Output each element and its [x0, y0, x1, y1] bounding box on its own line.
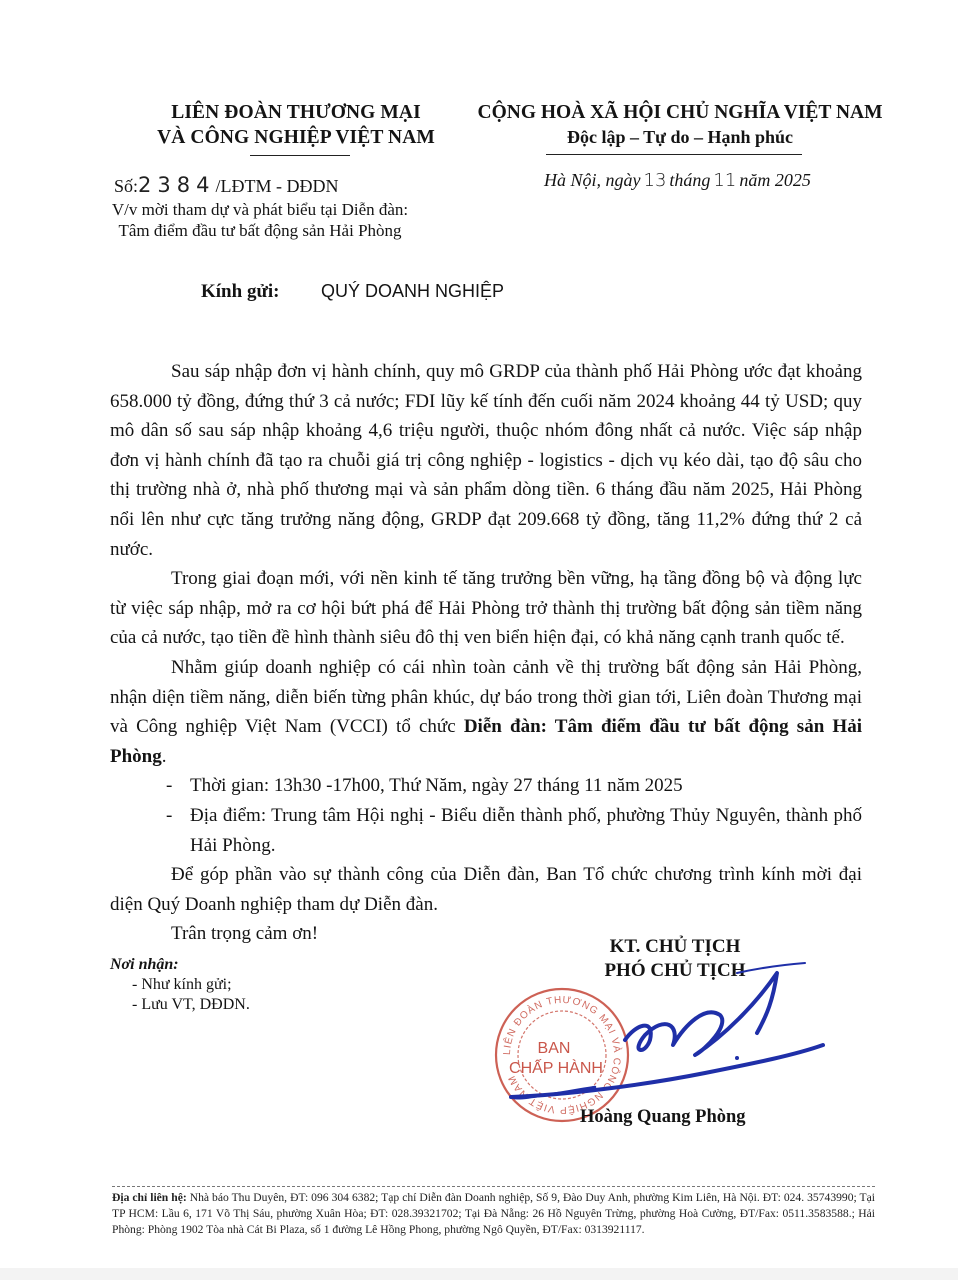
- body-paragraph-2: Trong giai đoạn mới, với nền kinh tế tăn…: [110, 564, 862, 653]
- document-number: Số:2384/LĐTM - DĐDN: [114, 173, 338, 197]
- subject-line1: V/v mời tham dự và phát biểu tại Diễn đà…: [60, 199, 460, 220]
- recipients-block: Nơi nhận: - Như kính gửi; - Lưu VT, DĐDN…: [110, 955, 250, 1015]
- body-paragraph-3: Nhằm giúp doanh nghiệp có cái nhìn toàn …: [110, 653, 862, 771]
- handwritten-signature-icon: [505, 945, 825, 1115]
- org-underline: [250, 155, 350, 156]
- addressee-label: Kính gửi:: [201, 281, 279, 303]
- footer-label: Địa chỉ liên hệ:: [112, 1191, 187, 1204]
- event-location: Địa điểm: Trung tâm Hội nghị - Biểu diễn…: [166, 801, 862, 860]
- date-month-handwritten: 11: [710, 170, 739, 191]
- signer-name: Hoàng Quang Phòng: [580, 1107, 746, 1128]
- body-paragraph-4: Để góp phần vào sự thành công của Diễn đ…: [110, 860, 862, 919]
- page-bottom-edge: [0, 1268, 958, 1280]
- national-motto: Độc lập – Tự do – Hạnh phúc: [460, 125, 900, 149]
- subject-line2: Tâm điểm đầu tư bất động sản Hải Phòng: [60, 220, 460, 241]
- event-time-item: - Thời gian: 13h30 -17h00, Thứ Năm, ngày…: [110, 771, 862, 801]
- date-day-handwritten: 13: [641, 170, 670, 191]
- addressee-recipient: QUÝ DOANH NGHIỆP: [321, 281, 504, 302]
- date-month-label: tháng: [669, 170, 710, 190]
- event-location-item: - Địa điểm: Trung tâm Hội nghị - Biểu di…: [110, 801, 862, 860]
- motto-underline: [546, 154, 802, 155]
- para3-end: .: [162, 746, 167, 767]
- org-name-line2: VÀ CÔNG NGHIỆP VIỆT NAM: [96, 125, 496, 150]
- date-year: năm 2025: [739, 170, 811, 190]
- issuing-organization-header: LIÊN ĐOÀN THƯƠNG MẠI VÀ CÔNG NGHIỆP VIỆT…: [96, 100, 496, 164]
- contact-footer: Địa chỉ liên hệ: Nhà báo Thu Duyên, ĐT: …: [112, 1190, 875, 1238]
- national-header: CỘNG HOÀ XÃ HỘI CHỦ NGHĨA VIỆT NAM Độc l…: [460, 100, 900, 155]
- bullet-dash: -: [166, 771, 172, 801]
- document-subject: V/v mời tham dự và phát biểu tại Diễn đà…: [60, 199, 460, 241]
- nation-name: CỘNG HOÀ XÃ HỘI CHỦ NGHĨA VIỆT NAM: [460, 100, 900, 125]
- recipients-label: Nơi nhận:: [110, 955, 250, 975]
- doc-number-prefix: Số:: [114, 176, 138, 196]
- body-paragraph-1: Sau sáp nhập đơn vị hành chính, quy mô G…: [110, 357, 862, 564]
- doc-number-handwritten: 2384: [138, 173, 215, 197]
- date-prefix: Hà Nội, ngày: [544, 170, 641, 190]
- event-time: Thời gian: 13h30 -17h00, Thứ Năm, ngày 2…: [166, 771, 862, 801]
- footer-divider: [112, 1186, 875, 1187]
- doc-number-suffix: /LĐTM - DĐDN: [215, 176, 338, 196]
- recipient-item: - Lưu VT, DĐDN.: [110, 995, 250, 1015]
- recipient-item: - Như kính gửi;: [110, 975, 250, 995]
- bullet-dash: -: [166, 801, 172, 831]
- issue-date: Hà Nội, ngày13tháng11năm 2025: [544, 170, 811, 191]
- footer-contact-text: Nhà báo Thu Duyên, ĐT: 096 304 6382; Tạp…: [112, 1191, 875, 1236]
- letter-body: Sau sáp nhập đơn vị hành chính, quy mô G…: [110, 357, 862, 949]
- org-name-line1: LIÊN ĐOÀN THƯƠNG MẠI: [96, 100, 496, 125]
